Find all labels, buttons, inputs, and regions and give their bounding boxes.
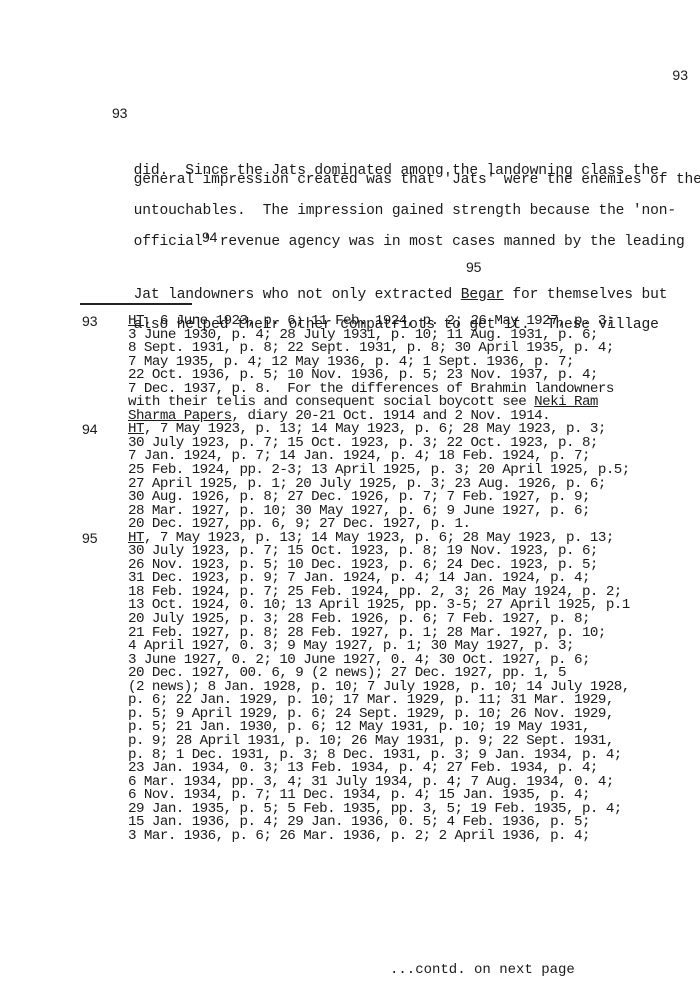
footnote-number: 95 <box>82 532 98 546</box>
body-line: 93 did. Since the Jats dominated among t… <box>82 116 700 147</box>
page-number: 93 <box>672 67 688 83</box>
body-line: 95 also helped their other compatriots t… <box>82 270 700 301</box>
footnotes: 93 HT, 6 June 1923, p. 6; 11 Feb. 1924, … <box>0 315 700 843</box>
body-line: general impression created was that 'Jat… <box>82 147 700 178</box>
footnote-line: 3 Mar. 1936, p. 6; 26 Mar. 1936, p. 2; 2… <box>128 830 700 844</box>
footnote-95: 95 HT, 7 May 1923, p. 13; 14 May 1923, p… <box>0 532 700 844</box>
footnote-number: 93 <box>82 315 98 329</box>
footnote-marker: 94 <box>202 226 217 248</box>
footnote-marker: 95 <box>466 256 481 278</box>
body-line: 94 Jat landowners who not only extracted… <box>82 240 700 271</box>
footnote-marker: 93 <box>112 102 127 124</box>
body-line: untouchables. The impression gained stre… <box>82 178 700 209</box>
continuation-note: ...contd. on next page <box>390 962 575 978</box>
footnote-separator <box>80 303 192 305</box>
footnote-94: 94 HT, 7 May 1923, p. 13; 14 May 1923, p… <box>0 423 700 531</box>
body-paragraph: 93 did. Since the Jats dominated among t… <box>82 116 700 301</box>
footnote-number: 94 <box>82 423 98 437</box>
footnote-93: 93 HT, 6 June 1923, p. 6; 11 Feb. 1924, … <box>0 315 700 423</box>
body-line: official' revenue agency was in most cas… <box>82 209 700 240</box>
